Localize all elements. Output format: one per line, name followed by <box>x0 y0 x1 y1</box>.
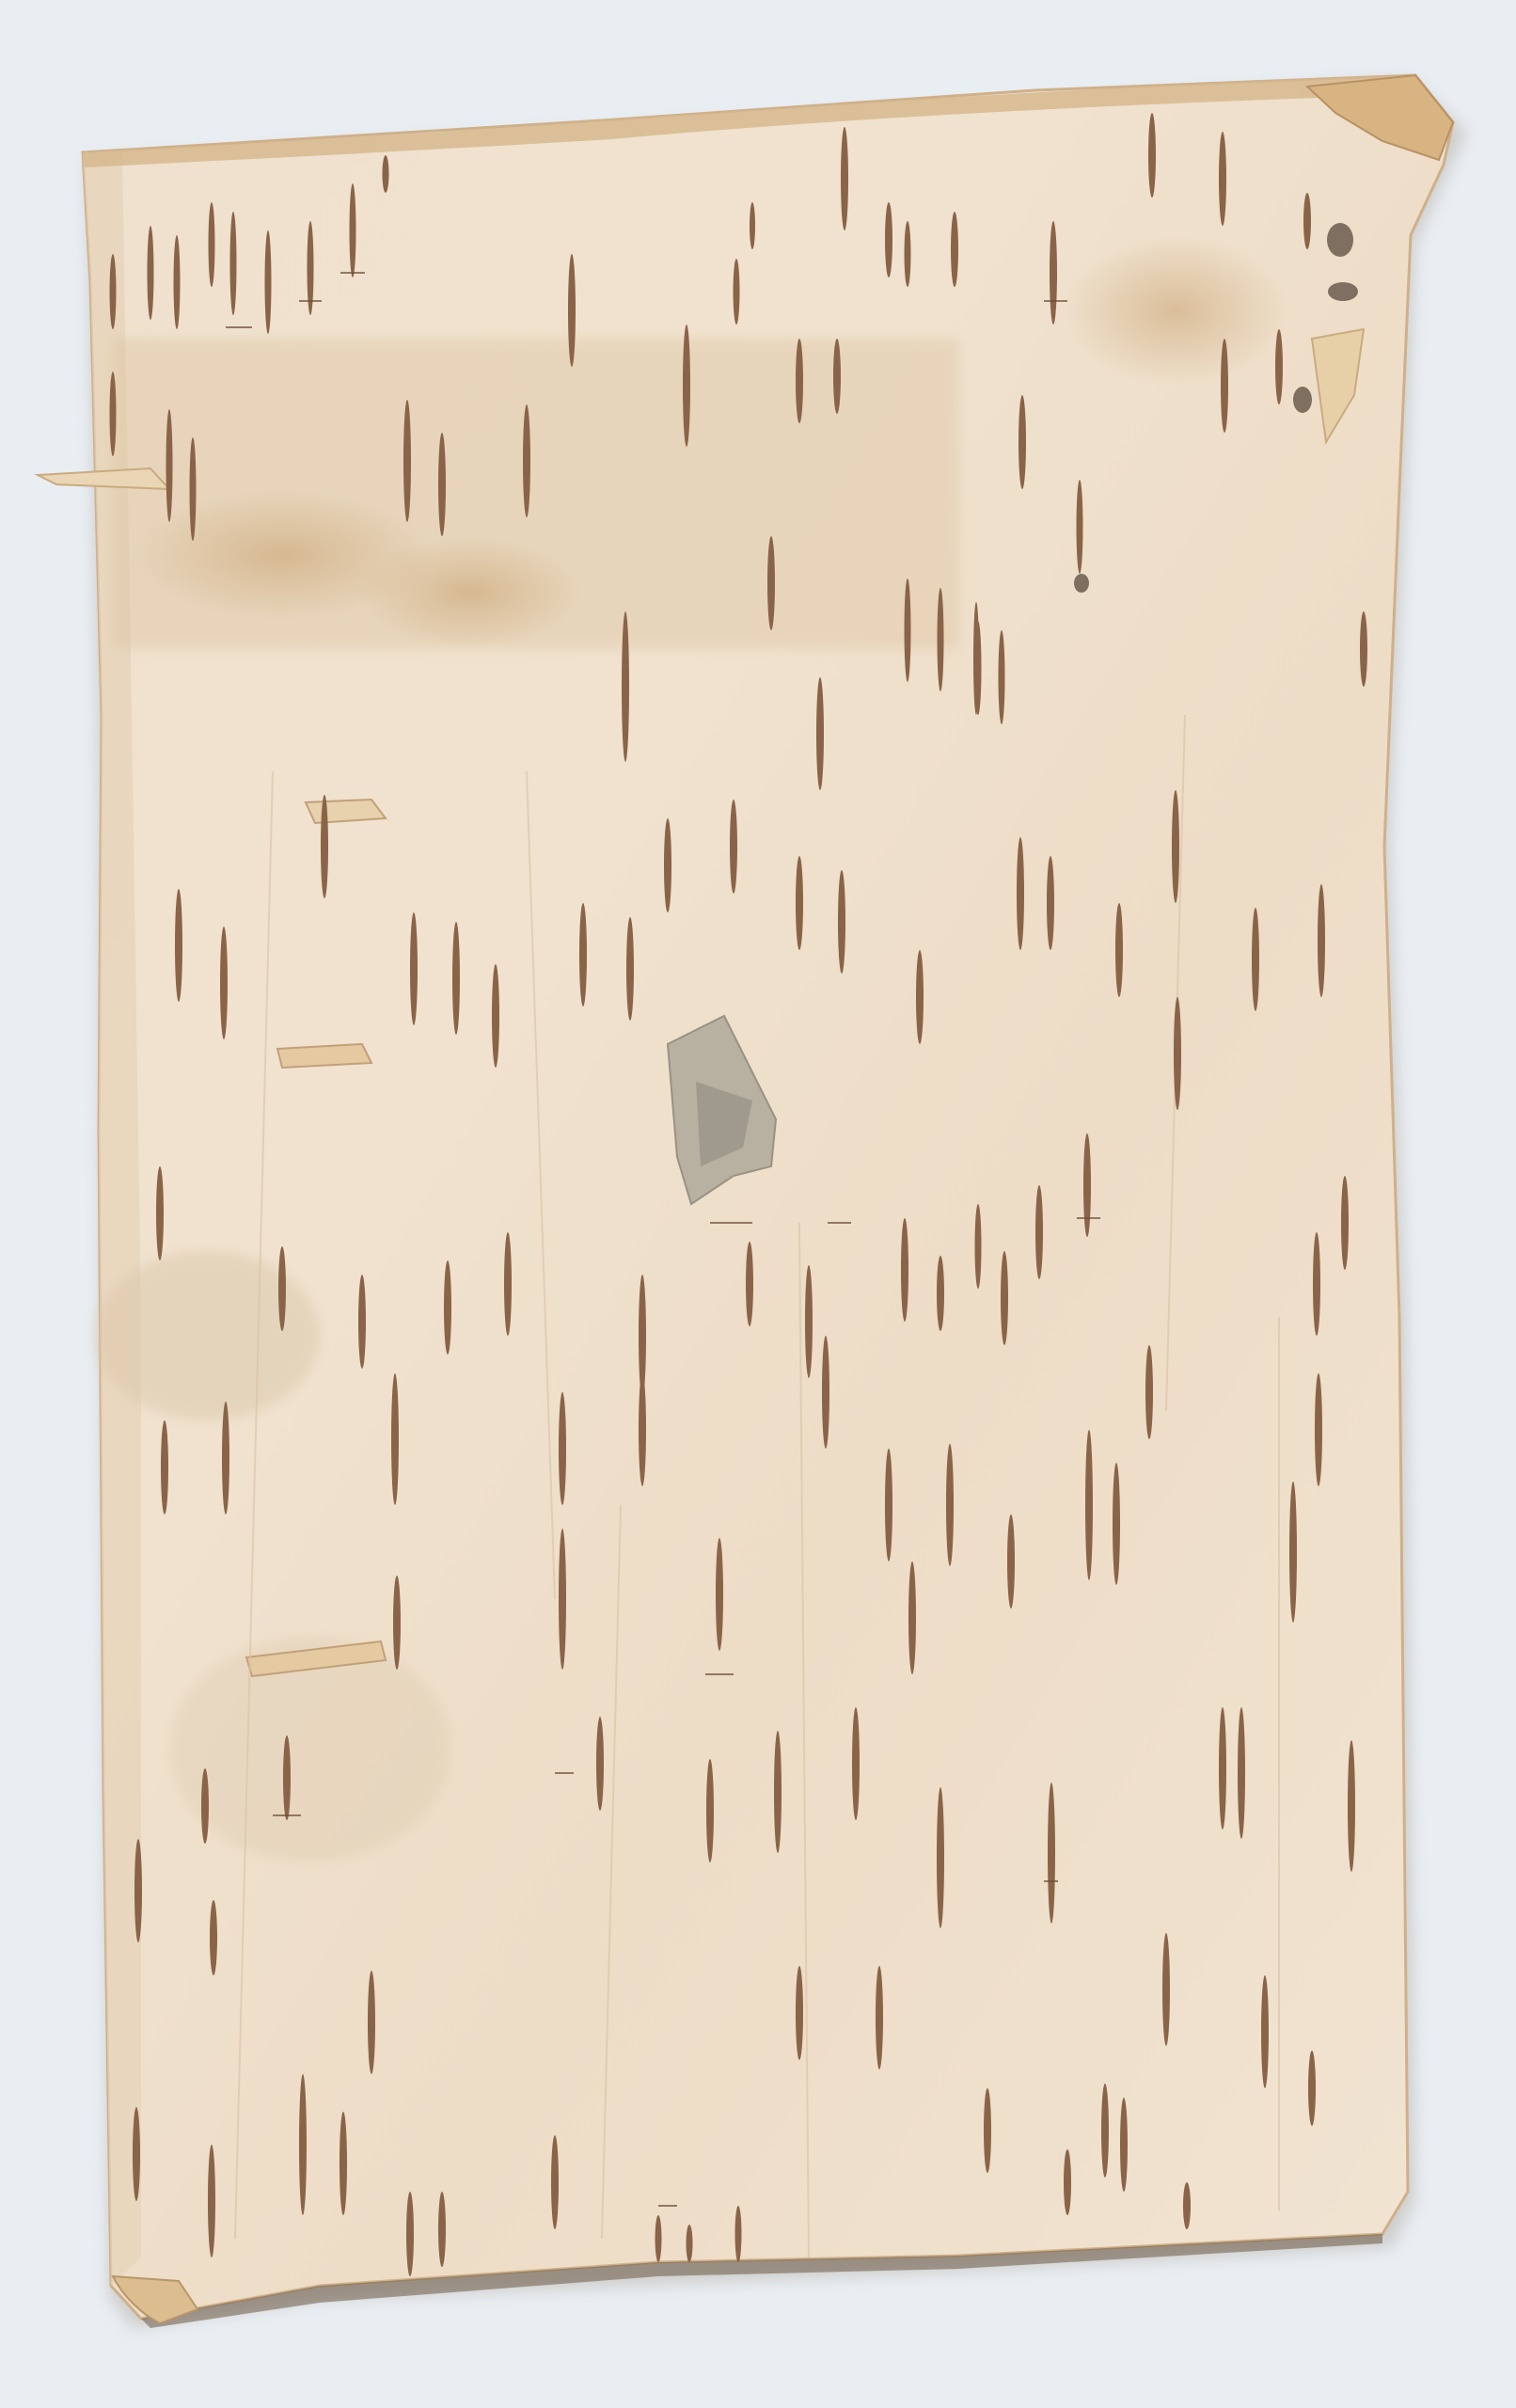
bark-patch <box>306 800 386 823</box>
birch-bark-photo <box>0 0 1516 2408</box>
bark-patch <box>277 1044 371 1068</box>
